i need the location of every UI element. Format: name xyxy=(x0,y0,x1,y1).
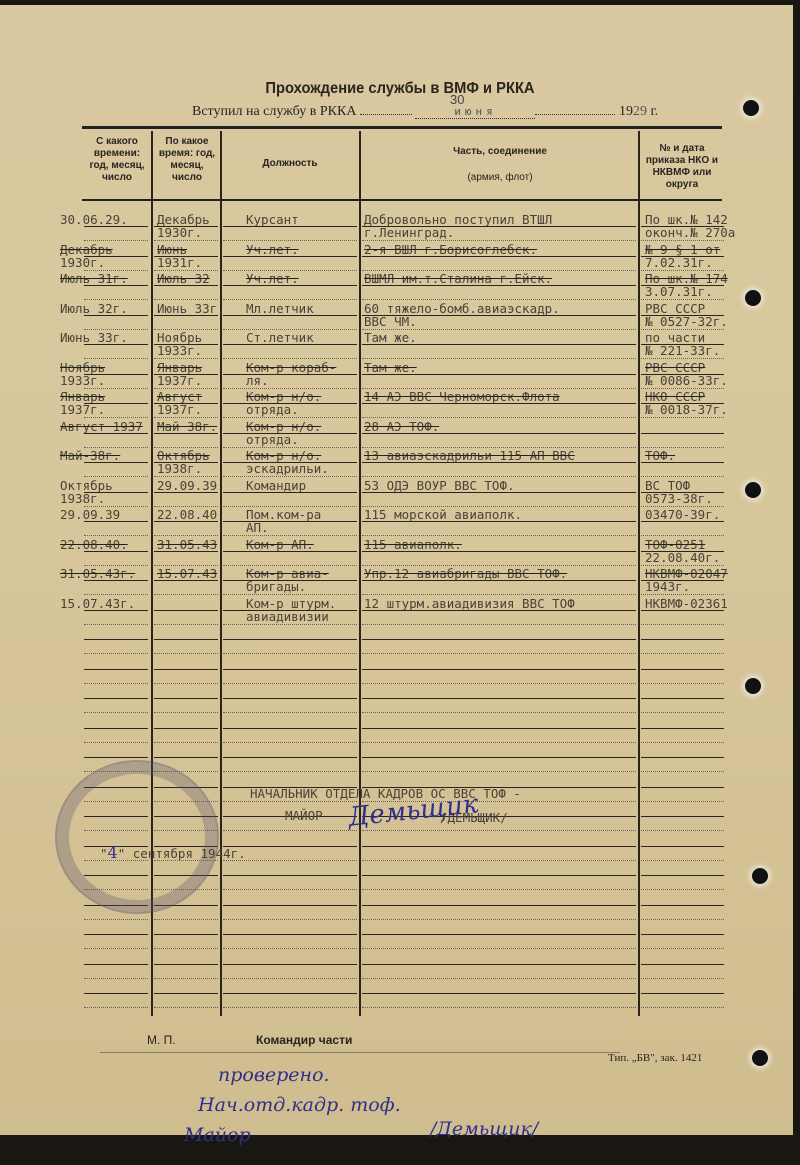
ruling-line xyxy=(84,948,148,949)
ruling-line xyxy=(362,830,636,831)
cell-position: Командир xyxy=(246,479,306,493)
ruling-line xyxy=(84,757,148,758)
ruling-line xyxy=(223,580,357,581)
cell-to: 1937г. xyxy=(157,374,202,388)
ruling-line xyxy=(154,639,218,640)
ruling-line xyxy=(84,299,148,300)
ruling-line xyxy=(84,964,148,965)
ruling-line xyxy=(641,565,724,566)
ruling-line xyxy=(641,860,724,861)
ruling-line xyxy=(84,329,148,330)
ruling-line xyxy=(154,462,218,463)
ruling-line xyxy=(84,506,148,507)
cell-position: отряда. xyxy=(246,403,299,417)
punch-hole xyxy=(745,678,761,694)
ruling-line xyxy=(362,329,636,330)
punch-hole xyxy=(745,290,761,306)
ruling-line xyxy=(223,315,357,316)
ruling-line xyxy=(362,270,636,271)
ruling-line xyxy=(84,403,148,404)
ruling-line xyxy=(362,993,636,994)
ruling-line xyxy=(154,683,218,684)
cell-to: 1930г. xyxy=(157,226,202,240)
cell-from: 22.08.40. xyxy=(60,538,128,552)
column-divider xyxy=(220,131,222,1016)
cell-order: 1943г. xyxy=(645,580,690,594)
ruling-line xyxy=(641,433,724,434)
signature-rank: МАЙОР xyxy=(285,808,323,823)
ruling-line xyxy=(362,344,636,345)
column-divider xyxy=(359,131,361,1016)
ruling-line xyxy=(223,329,357,330)
ruling-line xyxy=(641,875,724,876)
punch-hole xyxy=(752,1050,768,1066)
cell-order: № 0018-37г. xyxy=(645,403,728,417)
ruling-line xyxy=(641,403,724,404)
ruling-line xyxy=(223,285,357,286)
ruling-line xyxy=(154,506,218,507)
ruling-line xyxy=(84,417,148,418)
ruling-line xyxy=(641,329,724,330)
ruling-line xyxy=(223,256,357,257)
column-header-to: По какое время: год, месяц, число xyxy=(155,136,219,184)
ruling-line xyxy=(362,905,636,906)
ruling-line xyxy=(154,610,218,611)
ruling-line xyxy=(362,860,636,861)
ruling-line xyxy=(362,492,636,493)
cell-order: 0573-38г. xyxy=(645,492,713,506)
cell-to: 1931г. xyxy=(157,256,202,270)
cell-unit: Там же. xyxy=(364,331,417,345)
ruling-line xyxy=(223,565,357,566)
handwritten-note-line1: проверено. xyxy=(218,1064,330,1086)
cell-unit: 53 ОДЭ ВОУР ВВС ТОФ. xyxy=(364,479,515,493)
ruling-line xyxy=(223,388,357,389)
ruling-line xyxy=(154,403,218,404)
cell-to: 1933г. xyxy=(157,344,202,358)
cell-from: 15.07.43г. xyxy=(60,597,135,611)
ruling-line xyxy=(84,993,148,994)
cell-position: отряда. xyxy=(246,433,299,447)
ruling-line xyxy=(223,476,357,477)
ruling-line xyxy=(154,329,218,330)
ruling-line xyxy=(84,521,148,522)
cell-order: № 221-33г. xyxy=(645,344,720,358)
header-bottom-rule xyxy=(82,199,722,201)
cell-from: 1933г. xyxy=(60,374,105,388)
enlistment-day: 30 xyxy=(450,92,464,107)
ruling-line xyxy=(154,447,218,448)
ruling-line xyxy=(641,447,724,448)
column-header-position: Должность xyxy=(222,158,358,170)
ruling-line xyxy=(362,299,636,300)
ruling-line xyxy=(641,521,724,522)
ruling-line xyxy=(154,565,218,566)
cell-order: НКВМФ-02361 xyxy=(645,597,728,611)
cell-unit: Упр.12 авиабригады ВВС ТОФ. xyxy=(364,567,567,581)
ruling-line xyxy=(641,1007,724,1008)
ruling-line xyxy=(223,506,357,507)
ruling-line xyxy=(362,565,636,566)
ruling-line xyxy=(84,344,148,345)
ruling-line xyxy=(223,535,357,536)
ruling-line xyxy=(362,728,636,729)
ruling-line xyxy=(641,374,724,375)
cell-to: Май 38г. xyxy=(157,420,217,434)
handwritten-note-name: /Демьщик/ xyxy=(430,1118,538,1140)
cell-unit: г.Ленинград. xyxy=(364,226,454,240)
cell-to: 1938г. xyxy=(157,462,202,476)
ruling-line xyxy=(362,447,636,448)
ruling-line xyxy=(154,712,218,713)
ruling-line xyxy=(154,476,218,477)
ruling-line xyxy=(223,492,357,493)
ruling-line xyxy=(641,698,724,699)
ruling-line xyxy=(362,771,636,772)
ruling-line xyxy=(641,624,724,625)
ruling-line xyxy=(641,964,724,965)
ruling-line xyxy=(84,580,148,581)
column-header-unit-sub: (армия, флот) xyxy=(362,172,638,184)
ruling-line xyxy=(223,521,357,522)
ruling-line xyxy=(84,492,148,493)
ruling-line xyxy=(362,388,636,389)
ruling-line xyxy=(223,919,357,920)
cell-position: эскадрильи. xyxy=(246,462,329,476)
ruling-line xyxy=(154,594,218,595)
ruling-line xyxy=(641,240,724,241)
cell-order: 22.08.40г. xyxy=(645,551,720,565)
ruling-line xyxy=(362,846,636,847)
ruling-line xyxy=(223,417,357,418)
cell-unit: 14 АЭ ВВС Черноморск.Флота xyxy=(364,390,560,404)
cell-unit: 2-я ВШЛ г.Борисоглебск. xyxy=(364,243,537,257)
ruling-line xyxy=(84,240,148,241)
ruling-line xyxy=(154,919,218,920)
cell-unit: ВВС ЧМ. xyxy=(364,315,417,329)
ruling-line xyxy=(362,978,636,979)
column-divider xyxy=(638,131,640,1016)
ruling-line xyxy=(223,712,357,713)
ruling-line xyxy=(84,374,148,375)
ruling-line xyxy=(223,374,357,375)
ruling-line xyxy=(362,285,636,286)
ruling-line xyxy=(223,728,357,729)
ruling-line xyxy=(641,683,724,684)
cell-position: Ст.летчик xyxy=(246,331,314,345)
cell-to: 1937г. xyxy=(157,403,202,417)
cell-from: 30.06.29. xyxy=(60,213,128,227)
punch-hole xyxy=(743,100,759,116)
ruling-line xyxy=(641,728,724,729)
ruling-line xyxy=(84,535,148,536)
ruling-line xyxy=(641,801,724,802)
ruling-line xyxy=(362,757,636,758)
page-title: Прохождение службы в ВМФ и РККА xyxy=(32,80,768,98)
ruling-line xyxy=(641,757,724,758)
cell-from: 1938г. xyxy=(60,492,105,506)
ruling-line xyxy=(154,728,218,729)
cell-from: Июль 31г. xyxy=(60,272,128,286)
ruling-line xyxy=(223,889,357,890)
ruling-line xyxy=(84,447,148,448)
ruling-line xyxy=(84,978,148,979)
ruling-line xyxy=(84,594,148,595)
ruling-line xyxy=(154,388,218,389)
ruling-line xyxy=(154,315,218,316)
ruling-line xyxy=(362,964,636,965)
ruling-line xyxy=(84,1007,148,1008)
ruling-line xyxy=(641,462,724,463)
ruling-line xyxy=(223,948,357,949)
ruling-line xyxy=(154,698,218,699)
ruling-line xyxy=(223,875,357,876)
ruling-line xyxy=(641,315,724,316)
ruling-line xyxy=(362,698,636,699)
ruling-line xyxy=(223,669,357,670)
ruling-line xyxy=(641,299,724,300)
ruling-line xyxy=(641,653,724,654)
ruling-line xyxy=(362,624,636,625)
ruling-line xyxy=(154,521,218,522)
cell-to: Июнь 33г. xyxy=(157,302,225,316)
ruling-line xyxy=(84,698,148,699)
ruling-line xyxy=(362,521,636,522)
ruling-line xyxy=(154,417,218,418)
ruling-line xyxy=(223,551,357,552)
ruling-line xyxy=(641,388,724,389)
ruling-line xyxy=(362,742,636,743)
ruling-line xyxy=(641,610,724,611)
enlistment-year-suffix: 29 xyxy=(633,104,647,119)
ruling-line xyxy=(641,948,724,949)
ruling-line xyxy=(84,285,148,286)
ruling-line xyxy=(641,226,724,227)
ruling-line xyxy=(154,653,218,654)
handwritten-note-line2: Нач.отд.кадр. тоф. xyxy=(198,1094,401,1116)
ruling-line xyxy=(362,639,636,640)
column-header-order: № и дата приказа НКО и НКВМФ или округа xyxy=(642,143,722,191)
ruling-line xyxy=(223,1007,357,1008)
ruling-line xyxy=(84,433,148,434)
ruling-line xyxy=(154,535,218,536)
ruling-line xyxy=(154,492,218,493)
ruling-line xyxy=(641,993,724,994)
cell-from: 1930г. xyxy=(60,256,105,270)
date-rest: сентября 1944г. xyxy=(133,846,246,861)
ruling-line xyxy=(223,594,357,595)
ruling-line xyxy=(154,757,218,758)
cell-position: авиадивизии xyxy=(246,610,329,624)
ruling-line xyxy=(362,683,636,684)
cell-to: 22.08.40 xyxy=(157,508,217,522)
ruling-line xyxy=(84,653,148,654)
ruling-line xyxy=(641,742,724,743)
ruling-line xyxy=(362,462,636,463)
ruling-line xyxy=(223,299,357,300)
ruling-line xyxy=(154,742,218,743)
ruling-line xyxy=(223,240,357,241)
ruling-line xyxy=(84,476,148,477)
ruling-line xyxy=(223,830,357,831)
ruling-line xyxy=(641,889,724,890)
ruling-line xyxy=(641,535,724,536)
ruling-line xyxy=(641,771,724,772)
ruling-line xyxy=(362,535,636,536)
cell-position: АП. xyxy=(246,521,269,535)
cell-from: Июнь 33г. xyxy=(60,331,128,345)
ruling-line xyxy=(84,256,148,257)
ruling-line xyxy=(362,934,636,935)
enlistment-line: Вступил на службу в РККА 30 июня 1929 г. xyxy=(192,104,658,120)
cell-order: 3.07.31г. xyxy=(645,285,713,299)
ruling-line xyxy=(154,270,218,271)
cell-unit: 115 морской авиаполк. xyxy=(364,508,522,522)
ruling-line xyxy=(223,653,357,654)
ruling-line xyxy=(154,374,218,375)
cell-position: ля. xyxy=(246,374,269,388)
ruling-line xyxy=(154,433,218,434)
ruling-line xyxy=(84,462,148,463)
ruling-line xyxy=(362,256,636,257)
ruling-line xyxy=(362,889,636,890)
ruling-line xyxy=(641,846,724,847)
ruling-line xyxy=(154,358,218,359)
enlistment-month: июня xyxy=(415,105,535,119)
ruling-line xyxy=(223,462,357,463)
ruling-line xyxy=(641,270,724,271)
cell-order: оконч.№ 270а xyxy=(645,226,735,240)
ruling-line xyxy=(223,993,357,994)
ruling-line xyxy=(641,816,724,817)
cell-from: Июль 32г. xyxy=(60,302,128,316)
cell-from: 29.09.39 xyxy=(60,508,120,522)
cell-position: бригады. xyxy=(246,580,306,594)
ruling-line xyxy=(223,226,357,227)
ruling-line xyxy=(362,358,636,359)
ruling-line xyxy=(641,787,724,788)
cell-to: 29.09.39 xyxy=(157,479,217,493)
ruling-line xyxy=(641,934,724,935)
cell-position: Курсант xyxy=(246,213,299,227)
ruling-line xyxy=(84,742,148,743)
ruling-line xyxy=(154,299,218,300)
ruling-line xyxy=(641,358,724,359)
header-top-rule xyxy=(82,126,722,129)
ruling-line xyxy=(223,433,357,434)
ruling-line xyxy=(641,417,724,418)
cell-to: 31.05.43 xyxy=(157,538,217,552)
cell-from: 1937г. xyxy=(60,403,105,417)
cell-order: № 0086-33г. xyxy=(645,374,728,388)
ruling-line xyxy=(362,594,636,595)
column-header-unit: Часть, соединение xyxy=(362,146,638,158)
ruling-line xyxy=(84,226,148,227)
ruling-line xyxy=(84,551,148,552)
ruling-line xyxy=(84,728,148,729)
ruling-line xyxy=(84,934,148,935)
ruling-line xyxy=(84,565,148,566)
ruling-line xyxy=(154,285,218,286)
cell-from: 31.05.43г. xyxy=(60,567,135,581)
ruling-line xyxy=(223,934,357,935)
ruling-line xyxy=(641,669,724,670)
cell-order: № 0527-32г. xyxy=(645,315,728,329)
ruling-line xyxy=(84,315,148,316)
ruling-line xyxy=(223,624,357,625)
ruling-line xyxy=(362,653,636,654)
enlistment-label: Вступил на службу в РККА xyxy=(192,104,356,119)
ruling-line xyxy=(362,315,636,316)
column-header-from: С какого времени: год, месяц, число xyxy=(84,136,150,184)
ruling-line xyxy=(223,610,357,611)
ruling-line xyxy=(84,919,148,920)
ruling-line xyxy=(362,610,636,611)
ruling-line xyxy=(641,830,724,831)
cell-unit: 12 штурм.авиадивизия ВВС ТОФ xyxy=(364,597,575,611)
ruling-line xyxy=(154,344,218,345)
ruling-line xyxy=(362,240,636,241)
cell-order: ТОФ. xyxy=(645,449,675,463)
ruling-line xyxy=(641,580,724,581)
ruling-line xyxy=(362,919,636,920)
ruling-line xyxy=(154,978,218,979)
ruling-line xyxy=(84,712,148,713)
enlistment-year-prefix: 19 xyxy=(619,104,633,119)
ruling-line xyxy=(223,403,357,404)
ruling-line xyxy=(84,270,148,271)
cell-unit: ВШМЛ им.т.Сталина г.Ейск. xyxy=(364,272,552,286)
ruling-line xyxy=(154,256,218,257)
ruling-line xyxy=(641,594,724,595)
commander-signature-line xyxy=(100,1052,620,1053)
ruling-line xyxy=(154,624,218,625)
ruling-line xyxy=(641,506,724,507)
ruling-line xyxy=(641,344,724,345)
cell-unit: 115 авиаполк. xyxy=(364,538,462,552)
cell-to: 15.07.43 xyxy=(157,567,217,581)
cell-unit: 28 АЭ ТОФ. xyxy=(364,420,439,434)
cell-position: Уч.лет. xyxy=(246,272,299,286)
ruling-line xyxy=(362,948,636,949)
ruling-line xyxy=(641,905,724,906)
ruling-line xyxy=(154,948,218,949)
ruling-line xyxy=(154,226,218,227)
ruling-line xyxy=(84,639,148,640)
ruling-line xyxy=(154,240,218,241)
cell-unit: 13 авиаэскадрильи 115 АП ВВС xyxy=(364,449,575,463)
cell-from: Май-38г. xyxy=(60,449,120,463)
cell-order: 03470-39г. xyxy=(645,508,720,522)
ruling-line xyxy=(223,771,357,772)
punch-hole xyxy=(752,868,768,884)
ruling-line xyxy=(223,358,357,359)
commander-label: Командир части xyxy=(256,1033,352,1047)
ruling-line xyxy=(362,433,636,434)
ruling-line xyxy=(223,344,357,345)
cell-order: 7.02.31г. xyxy=(645,256,713,270)
ruling-line xyxy=(641,285,724,286)
ruling-line xyxy=(84,610,148,611)
cell-unit: Там же. xyxy=(364,361,417,375)
ruling-line xyxy=(641,712,724,713)
ruling-line xyxy=(362,506,636,507)
ruling-line xyxy=(223,964,357,965)
enlistment-year-unit: г. xyxy=(650,104,658,119)
mp-label: М. П. xyxy=(147,1033,176,1047)
handwritten-note-line3: Майор xyxy=(184,1124,251,1146)
ruling-line xyxy=(362,712,636,713)
